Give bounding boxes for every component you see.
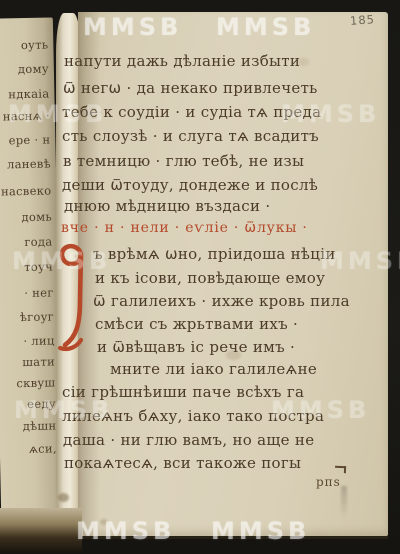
facing-page-line-fragment: тоуч: [24, 259, 53, 274]
facing-page-line-fragment: ндкаіа: [8, 86, 49, 101]
page-stain: [58, 493, 69, 502]
facing-page-line-fragment: шати: [22, 354, 55, 369]
manuscript-line: ѿ негѡ · да некако привлечеть: [63, 79, 318, 97]
facing-page-line-fragment: дѣшн: [23, 418, 57, 433]
rubric-line: вче · н · нели · еѵліе · ѿлукы ·: [61, 220, 308, 236]
manuscript-photo: оуть дому ндкаіа наснѧ · ере · н ланевѣ …: [0, 0, 400, 554]
facing-page-line-fragment: дому: [18, 62, 49, 77]
facing-page-line-fragment: · лиц: [23, 333, 54, 348]
manuscript-line: сть слоузѣ · и слуга тѧ всадитъ: [62, 127, 319, 145]
page-stain: [100, 519, 108, 525]
manuscript-line: сіи грѣшнѣиши паче всѣхъ га: [62, 383, 304, 401]
facing-page-line-fragment: ѧси,: [29, 441, 57, 456]
binding-bottom: [0, 508, 82, 554]
facing-page-line-fragment: года: [24, 234, 52, 249]
quire-mark: рпѕ: [316, 475, 341, 489]
facing-page-edge: оуть дому ндкаіа наснѧ · ере · н ланевѣ …: [0, 17, 63, 514]
manuscript-line: и къ ісови, повѣдающе емоу: [95, 269, 325, 287]
facing-page-line-fragment: домь: [21, 209, 52, 224]
manuscript-line: лилеѧнъ бѧху, іако тако постра: [62, 407, 324, 425]
facing-page-line-fragment: ере · н: [8, 132, 50, 147]
initial-letter-glyph: [55, 241, 91, 355]
manuscript-line: ѿ галилеихъ · ихже кровь пила: [93, 292, 350, 310]
facing-page-line-fragment: ѣгоуг: [20, 309, 54, 324]
manuscript-line: напути дажь дѣланіе избыти: [64, 52, 300, 70]
manuscript-line: тебе к соудіи · и судіа тѧ преда: [62, 103, 321, 121]
facing-page-line-fragment: насвеко: [1, 183, 52, 198]
manuscript-line: днюю мѣдницю въздаси ·: [64, 197, 270, 215]
facing-page-line-fragment: · нег: [24, 285, 54, 300]
manuscript-line: мните ли іако галилеѧне: [110, 360, 317, 378]
initial-letter-v: [55, 241, 91, 355]
manuscript-line: покаѧтесѧ, вси такоже погы: [64, 454, 301, 472]
facing-page-line-fragment: ееду: [27, 396, 56, 411]
manuscript-line: ъ врѣмѧ ѡно, пріидоша нѣціи: [93, 245, 336, 263]
manuscript-line: даша · ни глю вамъ, но аще не: [63, 431, 314, 449]
manuscript-line: в темницю · глю тебѣ, не изы: [63, 152, 304, 170]
manuscript-line: смѣси съ жрьтвами ихъ ·: [95, 315, 298, 333]
manuscript-line: деши ѿтоуду, дондеже и послѣ: [62, 176, 318, 194]
facing-page-line-fragment: ланевѣ: [7, 156, 51, 171]
manuscript-line: и ѿвѣщавъ іс рече имъ ·: [97, 338, 295, 356]
folio-number-pencil: 185: [350, 12, 376, 28]
facing-page-line-fragment: оуть: [21, 38, 49, 53]
facing-page-line-fragment: сквуш: [16, 375, 55, 390]
facing-page-line-fragment: наснѧ ·: [3, 108, 50, 123]
quire-mark-flourish: [335, 466, 346, 473]
ink-smudge: [341, 486, 347, 518]
